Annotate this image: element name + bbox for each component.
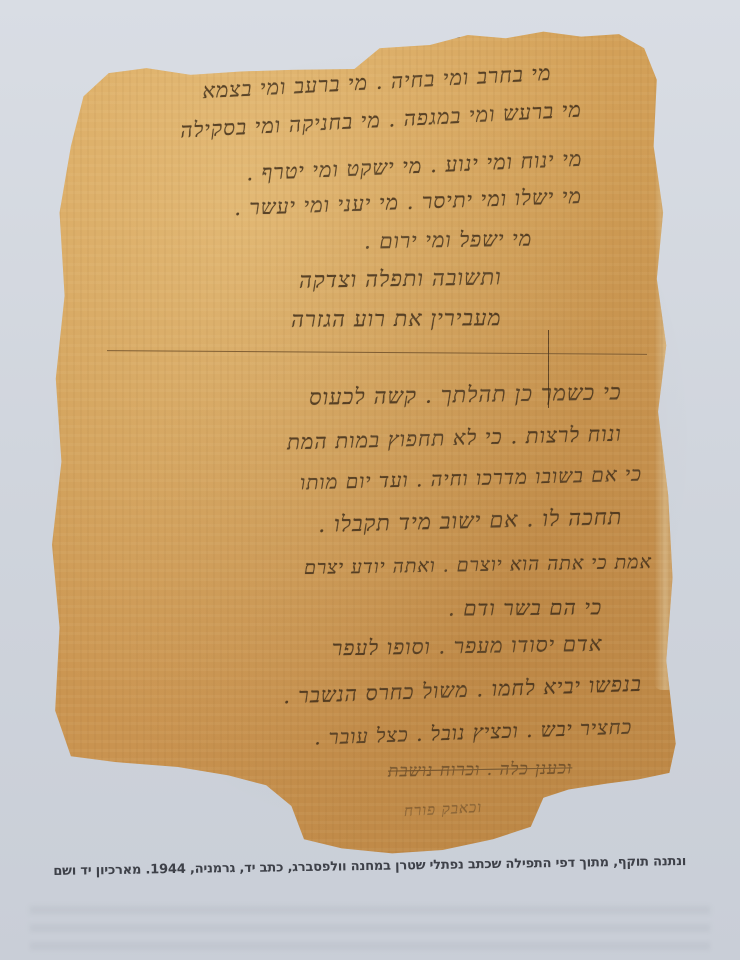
manuscript-line: מי ברעש ומי במגפה . מי בחניקה ומי בסקילה — [180, 97, 583, 143]
manuscript-line: ונוח לרצות . כי לא תחפוץ במות המת — [287, 422, 622, 456]
manuscript-line: וכאבק פורח — [403, 798, 482, 821]
show-through-text — [30, 900, 710, 950]
manuscript-line: מי ישפל ומי ירום . — [364, 227, 533, 255]
divider-line — [107, 350, 647, 355]
manuscript-paper: מי במים ומי באש מי בחרב ומי בחיה . מי בר… — [52, 30, 682, 860]
manuscript-line: תחכה לו . אם ישוב מיד תקבלו . — [317, 504, 622, 538]
manuscript-line: כי אם בשובו מדרכו וחיה . ועד יום מותו — [300, 462, 643, 496]
photo-caption: ונתנה תוקף, מתוך דפי התפילה שכתב נפתלי ש… — [6, 852, 686, 883]
manuscript-line: כי כשמך כן תהלתך . קשה לכעוס — [309, 379, 622, 410]
manuscript-line: מי ינוח ומי ינוע . מי ישקט ומי יטרף . — [245, 147, 582, 187]
manuscript-line: אמת כי אתה הוא יוצרם . ואתה יודע יצרם — [304, 551, 652, 580]
manuscript-line: וכענן כלה . וכרוח נושבת — [388, 758, 573, 781]
manuscript-line: אדם יסודו מעפר . וסופו לעפר — [331, 632, 602, 662]
manuscript-line: כי הם בשר ודם . — [448, 595, 602, 621]
manuscript-line: ותשובה ותפלה וצדקה — [299, 264, 502, 294]
manuscript-line: מי ישלו ומי יתיסר . מי יעני ומי יעשר . — [234, 184, 583, 221]
manuscript-line: בנפשו יביא לחמו . משול כחרס הנשבר . — [283, 672, 643, 710]
manuscript-line: כחציר יבש . וכציץ נובל . כצל עובר . — [313, 714, 632, 750]
manuscript-line: מעבירין את רוע הגזרה — [291, 305, 502, 333]
